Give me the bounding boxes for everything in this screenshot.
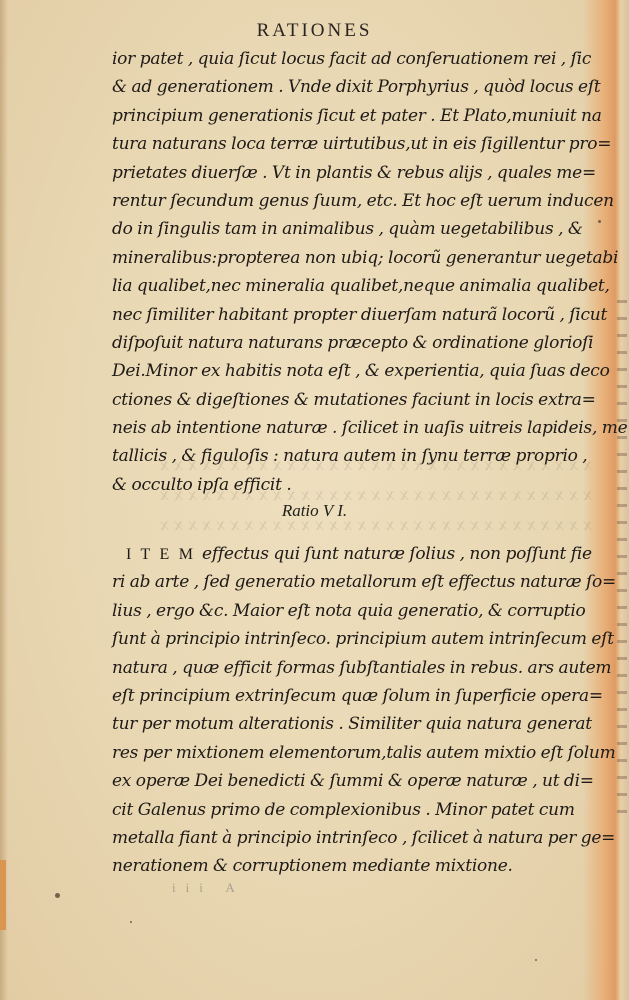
text-line: ior patet , quia ſicut locus facit ad co… [112, 45, 592, 73]
text-line: tur per motum alterationis . Similiter q… [112, 710, 592, 738]
running-head: RATIONES [0, 20, 629, 42]
signature-mark: iii A [172, 880, 245, 896]
text-line: ctiones & digeſtiones & mutationes faciu… [112, 386, 592, 414]
text-line: lia qualibet,nec mineralia qualibet,nequ… [112, 272, 592, 300]
text-line: tura naturans loca terræ uirtutibus,ut i… [112, 130, 592, 158]
text-line: natura , quæ efficit formas ſubſtantiale… [112, 654, 592, 682]
text-line: neis ab intentione naturæ . ſcilicet in … [112, 414, 592, 442]
text-line: diſpoſuit natura naturans præcepto & ord… [112, 329, 592, 357]
book-page: x x x x x x x x x x x x x x x x x x x x … [0, 0, 629, 1000]
text-line: nec ſimiliter habitant propter diuerſam … [112, 301, 592, 329]
text-line: lius , ergo &c. Maior eſt nota quia gene… [112, 597, 592, 625]
paper-speck [535, 959, 537, 961]
text-line: ri ab arte , ſed generatio metallorum eſ… [112, 568, 592, 596]
text-line: tallicis , & figuloſis : natura autem in… [112, 442, 592, 470]
text-line: principium generationis ſicut et pater .… [112, 102, 592, 130]
text-line: eſt principium extrinſecum quæ ſolum in … [112, 682, 592, 710]
paper-speck [55, 893, 60, 898]
text-line: & occulto ipſa efficit . [112, 471, 592, 499]
text-line: ſunt à principio intrinſeco. principium … [112, 625, 592, 653]
text-line: rentur ſecundum genus ſuum, etc. Et hoc … [112, 187, 592, 215]
text-line-rest: effectus qui ſunt naturæ ſolius , non po… [202, 544, 592, 564]
text-line: metalla fiant à principio intrinſeco , ſ… [112, 824, 592, 852]
paragraph-1: ior patet , quia ſicut locus facit ad co… [112, 45, 592, 499]
paper-speck [130, 921, 132, 923]
text-line: do in ſingulis tam in animalibus , quàm … [112, 215, 592, 243]
text-line: Dei.Minor ex habitis nota eſt , & experi… [112, 357, 592, 385]
section-title: Ratio V I. [0, 501, 629, 521]
text-line: nerationem & corruptionem mediante mixti… [112, 852, 592, 880]
text-line-first: I T E Meffectus qui ſunt naturæ ſolius ,… [112, 540, 592, 568]
page-gutter-edge [0, 0, 8, 1000]
initial-word: I T E M [126, 546, 196, 563]
text-line: prietates diuerſæ . Vt in plantis & rebu… [112, 159, 592, 187]
text-line: ex operæ Dei benedicti & ſummi & operæ n… [112, 767, 592, 795]
text-line: mineralibus:propterea non ubiq; locorũ g… [112, 244, 592, 272]
text-line: cit Galenus primo de complexionibus . Mi… [112, 796, 592, 824]
paragraph-2: I T E Meffectus qui ſunt naturæ ſolius ,… [112, 540, 592, 881]
paper-speck [598, 220, 601, 223]
text-line: & ad generationem . Vnde dixit Porphyriu… [112, 73, 592, 101]
text-line: res per mixtionem elementorum,talis aute… [112, 739, 592, 767]
